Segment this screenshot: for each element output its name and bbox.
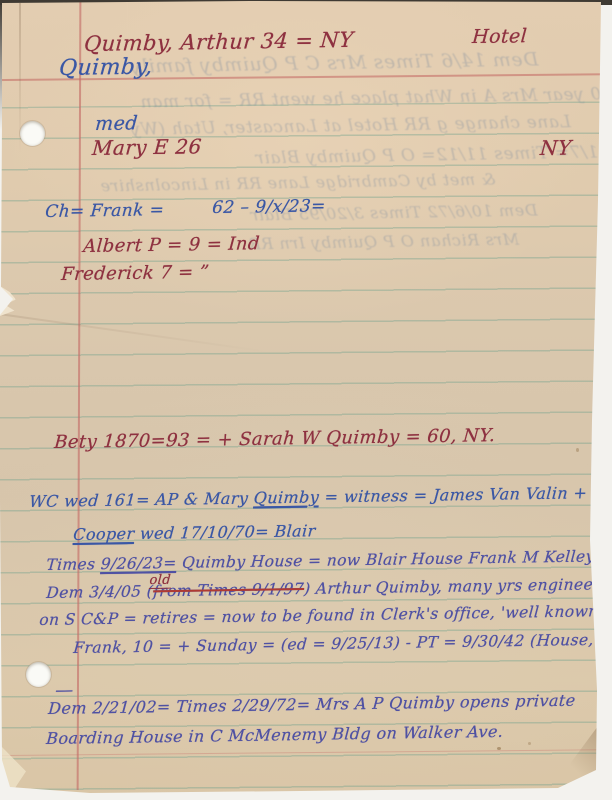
married-abbreviation: med bbox=[94, 112, 138, 135]
wedding-text-a: WC wed 161= AP & Mary bbox=[29, 488, 255, 511]
child-albert-line: Albert P = 9 = Ind bbox=[82, 233, 260, 257]
dem-a: Dem 3/4/05 ( bbox=[46, 582, 154, 602]
old-insertion: old bbox=[149, 573, 172, 589]
stain-speck bbox=[497, 747, 501, 750]
wife-name-age: Mary E 26 bbox=[91, 134, 202, 160]
surname-repeat: Quimby, bbox=[58, 55, 153, 81]
cooper-rest: wed 17/10/70= Blair bbox=[134, 521, 316, 543]
cooper-underlined: Cooper bbox=[73, 524, 136, 544]
children-frank-label: Ch= Frank = bbox=[45, 200, 165, 222]
state-ny-note: NY bbox=[539, 136, 572, 161]
frank-date-note: 62 – 9/x/23= bbox=[212, 196, 327, 218]
stain-speck bbox=[528, 742, 531, 745]
punch-hole-top bbox=[20, 121, 45, 146]
punch-hole-bottom bbox=[26, 662, 51, 687]
heading-name-age: Quimby, Arthur 34 = NY bbox=[83, 28, 354, 56]
wedding-text-quimby-underlined: Quimby bbox=[253, 487, 320, 507]
stain-speck bbox=[576, 448, 579, 452]
times-a: Times bbox=[46, 555, 102, 574]
note-paper: Dem 14/6 Times Mrs C P Quimby family Bay… bbox=[0, 0, 612, 800]
scanned-document: Dem 14/6 Times Mrs C P Quimby family Bay… bbox=[0, 0, 612, 800]
struck-from-times: from Times 9/1/97 bbox=[153, 580, 305, 600]
cooper-blair-line: Cooper wed 17/10/70= Blair bbox=[73, 521, 317, 544]
times-date-underlined: 9/26/23= bbox=[100, 554, 177, 573]
hotel-annotation: Hotel bbox=[471, 25, 528, 48]
child-frederick-line: Frederick 7 = ” bbox=[60, 262, 210, 285]
